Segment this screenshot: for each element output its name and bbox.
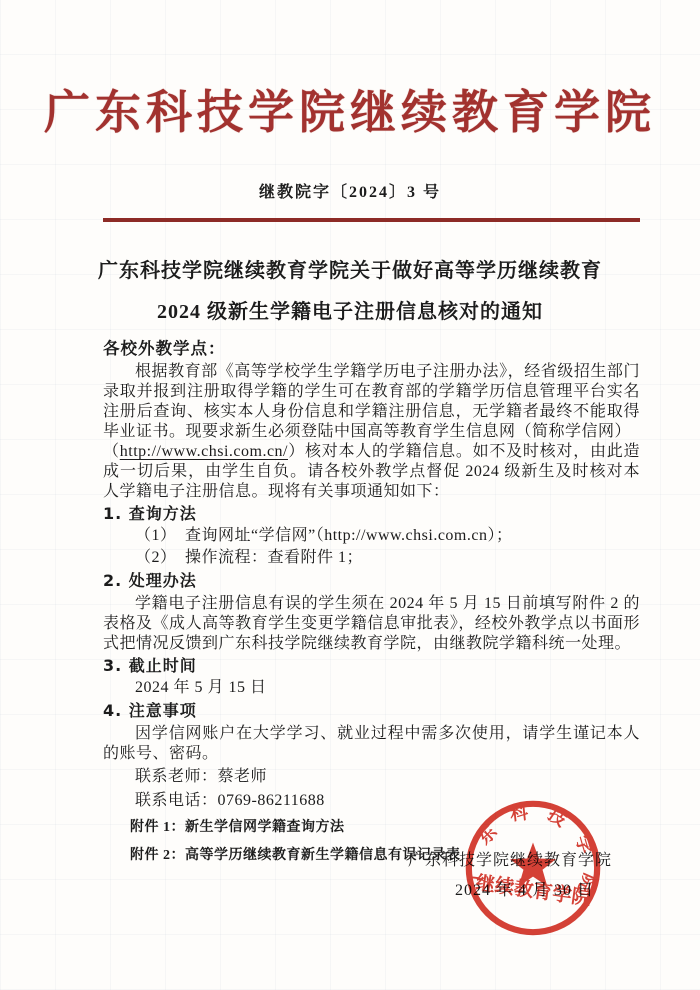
section-3-heading: 3. 截止时间 xyxy=(103,655,640,677)
section-2-heading: 2. 处理办法 xyxy=(103,570,640,592)
intro-paragraph: 根据教育部《高等学校学生学籍学历电子注册办法》，经省级招生部门录取并报到注册取得… xyxy=(103,362,640,502)
url-open-paren: （ xyxy=(103,443,120,460)
intro-text-1: 根据教育部《高等学校学生学籍学历电子注册办法》，经省级招生部门录取并报到注册取得… xyxy=(103,363,640,440)
section-1-heading: 1. 查询方法 xyxy=(103,503,640,525)
notice-title-line2: 2024 级新生学籍电子注册信息核对的通知 xyxy=(0,292,700,333)
notice-title: 广东科技学院继续教育学院关于做好高等学历继续教育 2024 级新生学籍电子注册信… xyxy=(0,251,700,333)
salutation: 各校外教学点： xyxy=(103,338,640,360)
section-4-heading: 4. 注意事项 xyxy=(103,700,640,722)
chsi-url-link[interactable]: http://www.chsi.com.cn/ xyxy=(120,443,288,460)
signature-org: 广东科技学院继续教育学院 xyxy=(0,847,612,870)
section-3-body: 2024 年 5 月 15 日 xyxy=(103,677,640,699)
section-1-item-1: （1） 查询网址“学信网”（http://www.chsi.com.cn）； xyxy=(103,525,640,547)
section-1-item-2: （2） 操作流程：查看附件 1； xyxy=(103,547,640,569)
attachment-1: 附件 1：新生学信网学籍查询方法 xyxy=(103,816,640,840)
notice-title-line1: 广东科技学院继续教育学院关于做好高等学历继续教育 xyxy=(0,251,700,292)
section-2-body: 学籍电子注册信息有误的学生须在 2024 年 5 月 15 日前填写附件 2 的… xyxy=(103,594,640,654)
contact-teacher: 联系老师：蔡老师 xyxy=(103,766,640,788)
document-body: 各校外教学点： 根据教育部《高等学校学生学籍学历电子注册办法》，经省级招生部门录… xyxy=(103,338,640,868)
header-divider xyxy=(103,218,640,222)
document-page: 广东科技学院继续教育学院 继教院字〔2024〕3 号 广东科技学院继续教育学院关… xyxy=(0,0,700,990)
signature-date: 2024 年 4 月 30 日 xyxy=(455,877,594,900)
contact-phone: 联系电话：0769-86211688 xyxy=(103,790,640,812)
section-4-body: 因学信网账户在大学学习、就业过程中需多次使用，请学生谨记本人的账号、密码。 xyxy=(103,724,640,764)
doc-number: 继教院字〔2024〕3 号 xyxy=(0,179,700,202)
org-title: 广东科技学院继续教育学院 xyxy=(0,76,700,142)
